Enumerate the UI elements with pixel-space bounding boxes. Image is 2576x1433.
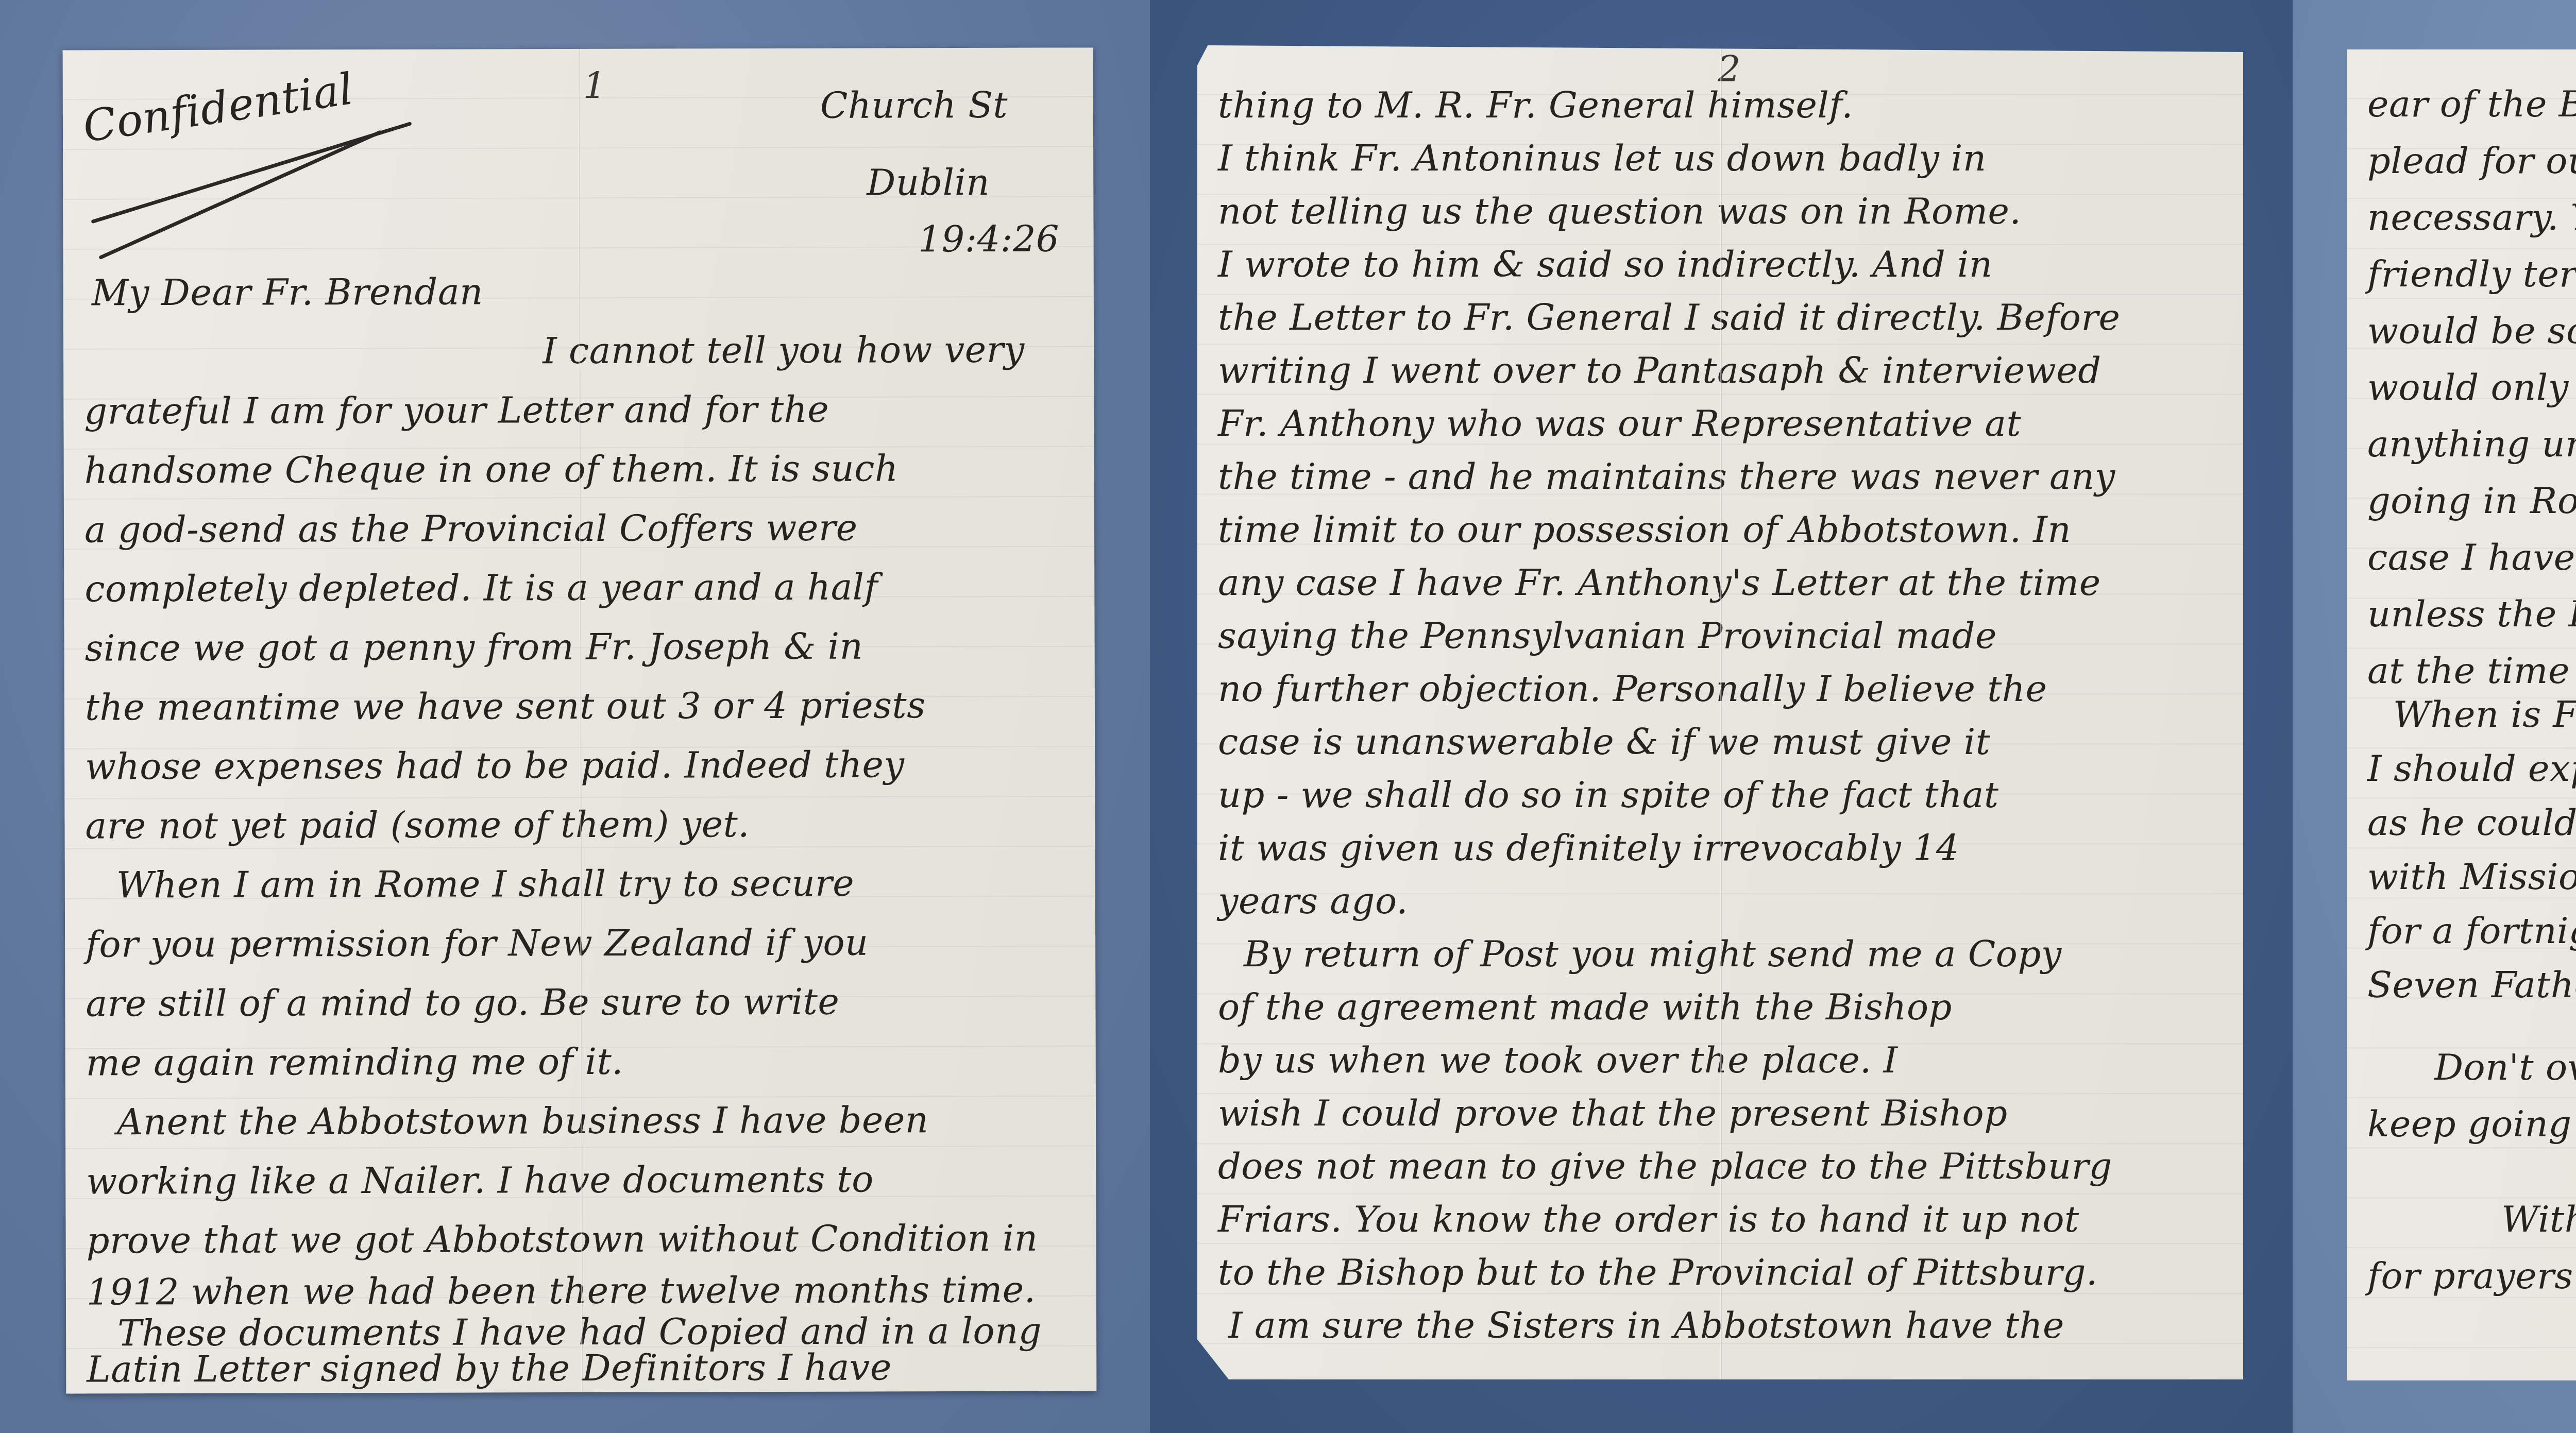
body-line: thing to M. R. Fr. General himself. bbox=[1218, 84, 1853, 126]
closing-valediction: for prayers - Yours always devotedly bbox=[2367, 1255, 2576, 1297]
body-line: it was given us definitely irrevocably 1… bbox=[1218, 827, 1959, 869]
body-line: at the time - bbox=[2367, 650, 2576, 692]
body-line: keep going always. So be very careful. bbox=[2367, 1103, 2576, 1145]
body-line: would only be a last resource. But do bbox=[2367, 366, 2576, 408]
page-number: 1 bbox=[583, 64, 606, 107]
photo-panel-page-3: 3 ear of the Bishop and could get him to… bbox=[2293, 0, 2576, 1433]
body-line: are still of a mind to go. Be sure to wr… bbox=[86, 981, 839, 1025]
body-line: Don't overwork yourself. No one can bbox=[2434, 1046, 2576, 1088]
body-line: handsome Cheque in one of them. It is su… bbox=[84, 447, 899, 491]
letter-page-1: 1 Confidential Church St Dublin 19:4:26 … bbox=[63, 47, 1097, 1393]
body-line: for a fortnight & now we are asked for bbox=[2367, 910, 2576, 952]
body-line: friendly terms with them and I am sure t… bbox=[2367, 253, 2576, 295]
body-line: a god-send as the Provincial Coffers wer… bbox=[84, 507, 858, 551]
letter-body-page-1: I cannot tell you how very grateful I am… bbox=[63, 47, 1093, 50]
body-line: necessary. You have always been on very bbox=[2367, 196, 2576, 238]
body-line: unless the Province was wilfully deceive… bbox=[2367, 593, 2576, 635]
body-line: I should expect him as soon after Easter bbox=[2367, 747, 2576, 790]
body-line: would be sorry to see us go. Of Course t… bbox=[2367, 310, 2576, 352]
body-line: Anent the Abbotstown business I have bee… bbox=[117, 1099, 929, 1143]
body-line: saying the Pennsylvanian Provincial made bbox=[1218, 615, 1997, 657]
body-line: any case I have Fr. Anthony's Letter at … bbox=[1218, 561, 2101, 604]
body-line: 1912 when we had been there twelve month… bbox=[87, 1269, 1036, 1313]
body-line: as he could get. We are over crowded bbox=[2367, 801, 2576, 844]
body-line: the Letter to Fr. General I said it dire… bbox=[1218, 296, 2120, 338]
body-line: I am sure the Sisters in Abbotstown have… bbox=[1228, 1304, 2064, 1346]
body-line: the time - and he maintains there was ne… bbox=[1218, 455, 2115, 498]
body-line: to the Bishop but to the Provincial of P… bbox=[1218, 1251, 2098, 1293]
body-line: time limit to our possession of Abbotsto… bbox=[1218, 508, 2071, 551]
address-city: Dublin bbox=[867, 161, 990, 204]
letter-page-3: 3 ear of the Bishop and could get him to… bbox=[2347, 49, 2576, 1380]
body-line: for you permission for New Zealand if yo… bbox=[86, 922, 869, 966]
confidential-marking: Confidential bbox=[80, 63, 357, 152]
address-street: Church St bbox=[820, 84, 1008, 127]
body-line: with Missions - I had to go to Belfast m… bbox=[2367, 856, 2576, 898]
closing-line: With all good wishes and a request bbox=[2501, 1198, 2576, 1240]
body-line: Latin Letter signed by the Definitors I … bbox=[87, 1346, 892, 1390]
body-line: I think Fr. Antoninus let us down badly … bbox=[1218, 137, 1986, 179]
body-line: of the agreement made with the Bishop bbox=[1218, 986, 1952, 1028]
body-line: I cannot tell you how very bbox=[543, 329, 1025, 372]
salutation: My Dear Fr. Brendan bbox=[92, 270, 483, 314]
body-line: Seven Fathers for next October there - bbox=[2367, 964, 2576, 1006]
body-line: plead for our stay there if it should be… bbox=[2367, 140, 2576, 182]
body-line: Fr. Anthony who was our Representative a… bbox=[1218, 402, 2021, 445]
body-line: Friars. You know the order is to hand it… bbox=[1218, 1198, 2079, 1240]
body-line: whose expenses had to be paid. Indeed th… bbox=[85, 743, 904, 788]
body-line: not telling us the question was on in Ro… bbox=[1218, 190, 2021, 232]
photo-panel-page-2: 2 thing to M. R. Fr. General himself. I … bbox=[1150, 0, 2293, 1433]
body-line: anything until I hear how my case is bbox=[2367, 423, 2576, 465]
body-line: case I have made is unanswerable bbox=[2367, 536, 2576, 578]
letter-date: 19:4:26 bbox=[918, 218, 1059, 261]
letter-page-2: 2 thing to M. R. Fr. General himself. I … bbox=[1197, 45, 2243, 1379]
body-line: up - we shall do so in spite of the fact… bbox=[1218, 774, 1999, 816]
body-line: grateful I am for your Letter and for th… bbox=[84, 388, 829, 433]
body-line: are not yet paid (some of them) yet. bbox=[85, 803, 750, 847]
body-line: wish I could prove that the present Bish… bbox=[1218, 1092, 2008, 1134]
body-line: years ago. bbox=[1218, 880, 1408, 922]
body-line: working like a Nailer. I have documents … bbox=[86, 1158, 874, 1203]
body-line: By return of Post you might send me a Co… bbox=[1244, 933, 2062, 975]
body-line: does not mean to give the place to the P… bbox=[1218, 1145, 2112, 1187]
body-line: ear of the Bishop and could get him to bbox=[2367, 83, 2576, 125]
body-line: completely depleted. It is a year and a … bbox=[84, 566, 878, 610]
body-line: the meantime we have sent out 3 or 4 pri… bbox=[85, 684, 926, 728]
body-line: since we got a penny from Fr. Joseph & i… bbox=[85, 625, 863, 670]
body-line: prove that we got Abbotstown without Con… bbox=[87, 1217, 1038, 1262]
body-line: no further objection. Personally I belie… bbox=[1218, 668, 2047, 710]
body-line: When I am in Rome I shall try to secure bbox=[116, 862, 855, 907]
body-line: by us when we took over the place. I bbox=[1218, 1039, 1898, 1081]
body-line: writing I went over to Pantasaph & inter… bbox=[1218, 349, 2101, 391]
body-line: case is unanswerable & if we must give i… bbox=[1218, 721, 1990, 763]
underline-stroke bbox=[98, 130, 382, 260]
photo-panel-page-1: 1 Confidential Church St Dublin 19:4:26 … bbox=[0, 0, 1150, 1433]
body-line: When is Fr. Mathew Coming home? Tell him bbox=[2393, 693, 2576, 736]
body-line: going in Rome. Personally I believe the bbox=[2367, 480, 2576, 522]
body-line: me again reminding me of it. bbox=[86, 1040, 623, 1084]
body-line: I wrote to him & said so indirectly. And… bbox=[1218, 243, 1993, 285]
